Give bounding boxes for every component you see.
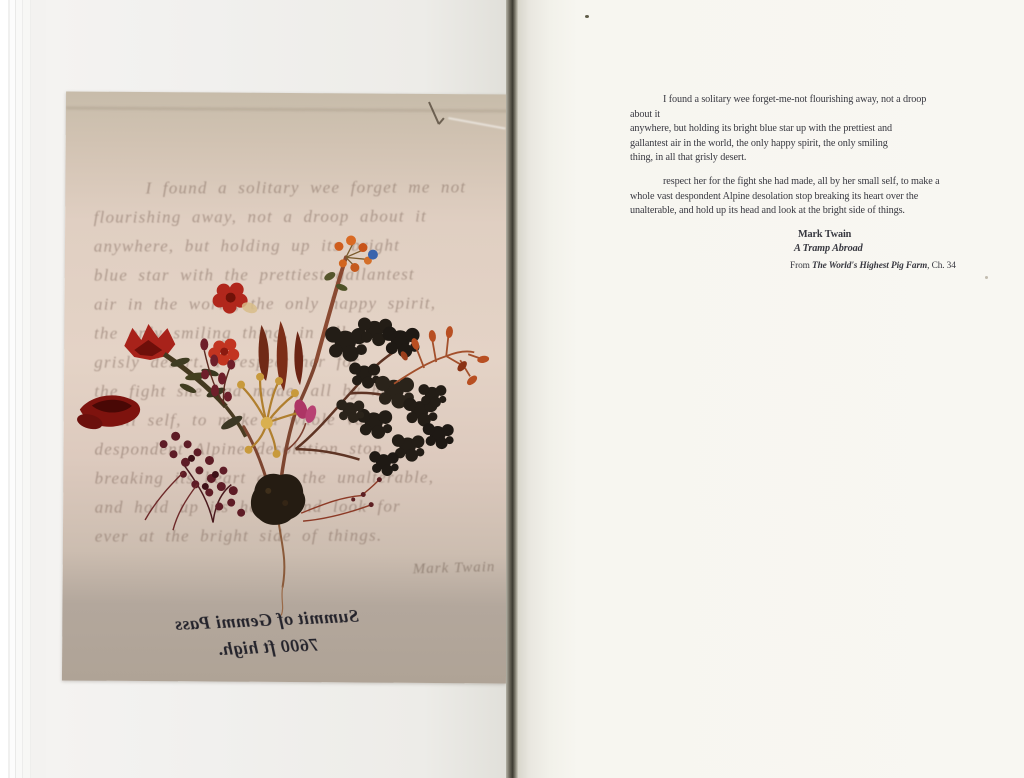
right-page: I found a solitary wee forget-me-not flo… (518, 0, 1024, 778)
quote-line: I found a solitary wee forget-me-not flo… (630, 93, 978, 108)
page-edges (0, 0, 46, 778)
quote-line: whole vast despondent Alpine desolation … (630, 190, 978, 205)
quote-line: anywhere, but holding its bright blue st… (630, 122, 978, 137)
mirrored-caption: Summit of Gemmi Pass 7600 ft high. (141, 601, 393, 666)
pressed-flowers-photo: I found a solitary wee forget me not flo… (62, 91, 510, 683)
citation-prefix: From (790, 261, 812, 271)
book-gutter (506, 0, 518, 778)
attribution-block: Mark Twain A Tramp Abroad From The World… (630, 228, 978, 274)
pressed-flower-bouquet (62, 91, 510, 683)
quote-paragraph-1: I found a solitary wee forget-me-not flo… (630, 93, 978, 166)
citation-suffix: , Ch. 34 (927, 261, 956, 271)
printed-quote: I found a solitary wee forget-me-not flo… (630, 93, 978, 274)
left-page: I found a solitary wee forget me not flo… (0, 0, 516, 778)
quote-line: respect her for the fight she had made, … (630, 175, 978, 190)
scratch-mark (429, 102, 444, 124)
quote-line: gallantest air in the world, the only ha… (630, 137, 978, 152)
quote-line: thing, in all that grisly desert. (630, 151, 978, 166)
quote-line: unalterable, and hold up its head and lo… (630, 204, 978, 219)
paper-speck (985, 276, 988, 279)
book-spread-scan: I found a solitary wee forget me not flo… (0, 0, 1024, 778)
paper-speck (585, 15, 589, 18)
attribution-author: Mark Twain (790, 228, 978, 243)
attribution-work: A Tramp Abroad (790, 242, 978, 257)
quote-paragraph-2: respect her for the fight she had made, … (630, 175, 978, 219)
citation-title: The World's Highest Pig Farm (812, 261, 927, 271)
quote-line: about it (630, 108, 978, 123)
attribution-citation: From The World's Highest Pig Farm, Ch. 3… (790, 259, 978, 274)
